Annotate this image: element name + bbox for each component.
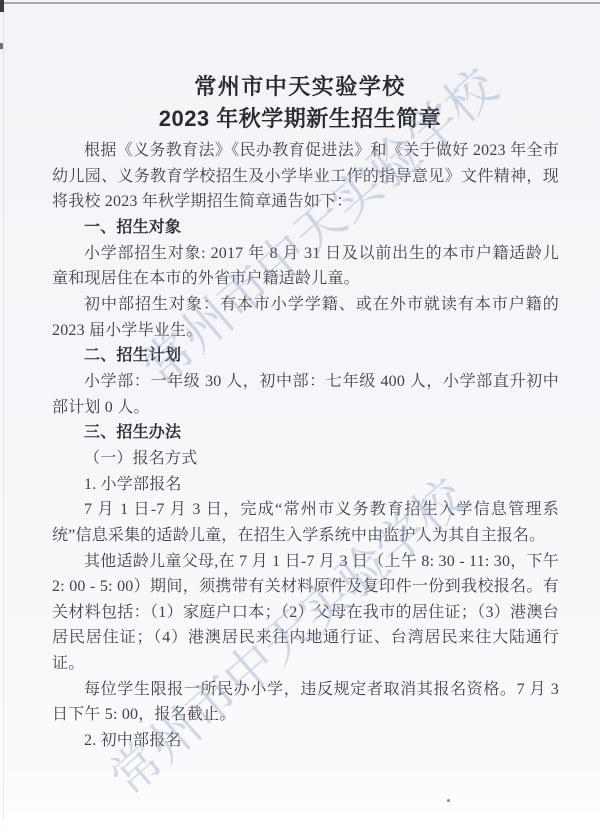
- doc-title: 常州市中天实验学校: [0, 71, 600, 102]
- scan-bottom-strip: [0, 819, 600, 832]
- paragraph-junior-targets: 初中部招生对象：有本市小学学籍、或在外市就读有本市户籍的 2023 届小学毕业生…: [52, 292, 559, 343]
- document-body: 根据《义务教育法》《民办教育促进法》和《关于做好 2023 年全市幼儿园、义务教…: [52, 138, 559, 754]
- doc-subtitle: 2023 年秋学期新生招生简章: [0, 102, 600, 135]
- paragraph-onsite-registration: 其他适龄儿童父母,在 7 月 1 日-7 月 3 日（上午 8: 30 - 11…: [52, 549, 559, 677]
- section-heading-method: 三、招生办法: [52, 420, 559, 446]
- section-heading-plan: 二、招生计划: [52, 343, 559, 369]
- scan-top-edge-line: [0, 2, 600, 4]
- paragraph-online-registration: 7 月 1 日-7 月 3 日，完成“常州市义务教育招生入学信息管理系统”信息采…: [52, 497, 559, 548]
- scan-dot-artifact: [447, 799, 450, 802]
- paragraph-enrollment-plan: 小学部：一年级 30 人，初中部：七年级 400 人，小学部直升初中部计划 0 …: [52, 369, 559, 420]
- paragraph-intro: 根据《义务教育法》《民办教育促进法》和《关于做好 2023 年全市幼儿园、义务教…: [52, 138, 559, 215]
- subheading-junior-registration: 2. 初中部报名: [52, 728, 559, 754]
- subheading-primary-registration: 1. 小学部报名: [52, 472, 559, 498]
- paragraph-primary-targets: 小学部招生对象: 2017 年 8 月 31 日及以前出生的本市户籍适龄儿童和现…: [52, 241, 559, 292]
- scan-edge-speck: [0, 43, 3, 49]
- title-block: 常州市中天实验学校 2023 年秋学期新生招生简章: [0, 71, 600, 135]
- paragraph-registration-limit: 每位学生限报一所民办小学，违反规定者取消其报名资格。7 月 3 日下午 5: 0…: [52, 677, 559, 728]
- scanned-document-page: 常州市中天实验学校 2023 年秋学期新生招生简章 根据《义务教育法》《民办教育…: [0, 0, 600, 832]
- subheading-registration-method: （一）报名方式: [52, 446, 559, 472]
- section-heading-targets: 一、招生对象: [52, 215, 559, 241]
- scan-corner-mark: [0, 0, 4, 12]
